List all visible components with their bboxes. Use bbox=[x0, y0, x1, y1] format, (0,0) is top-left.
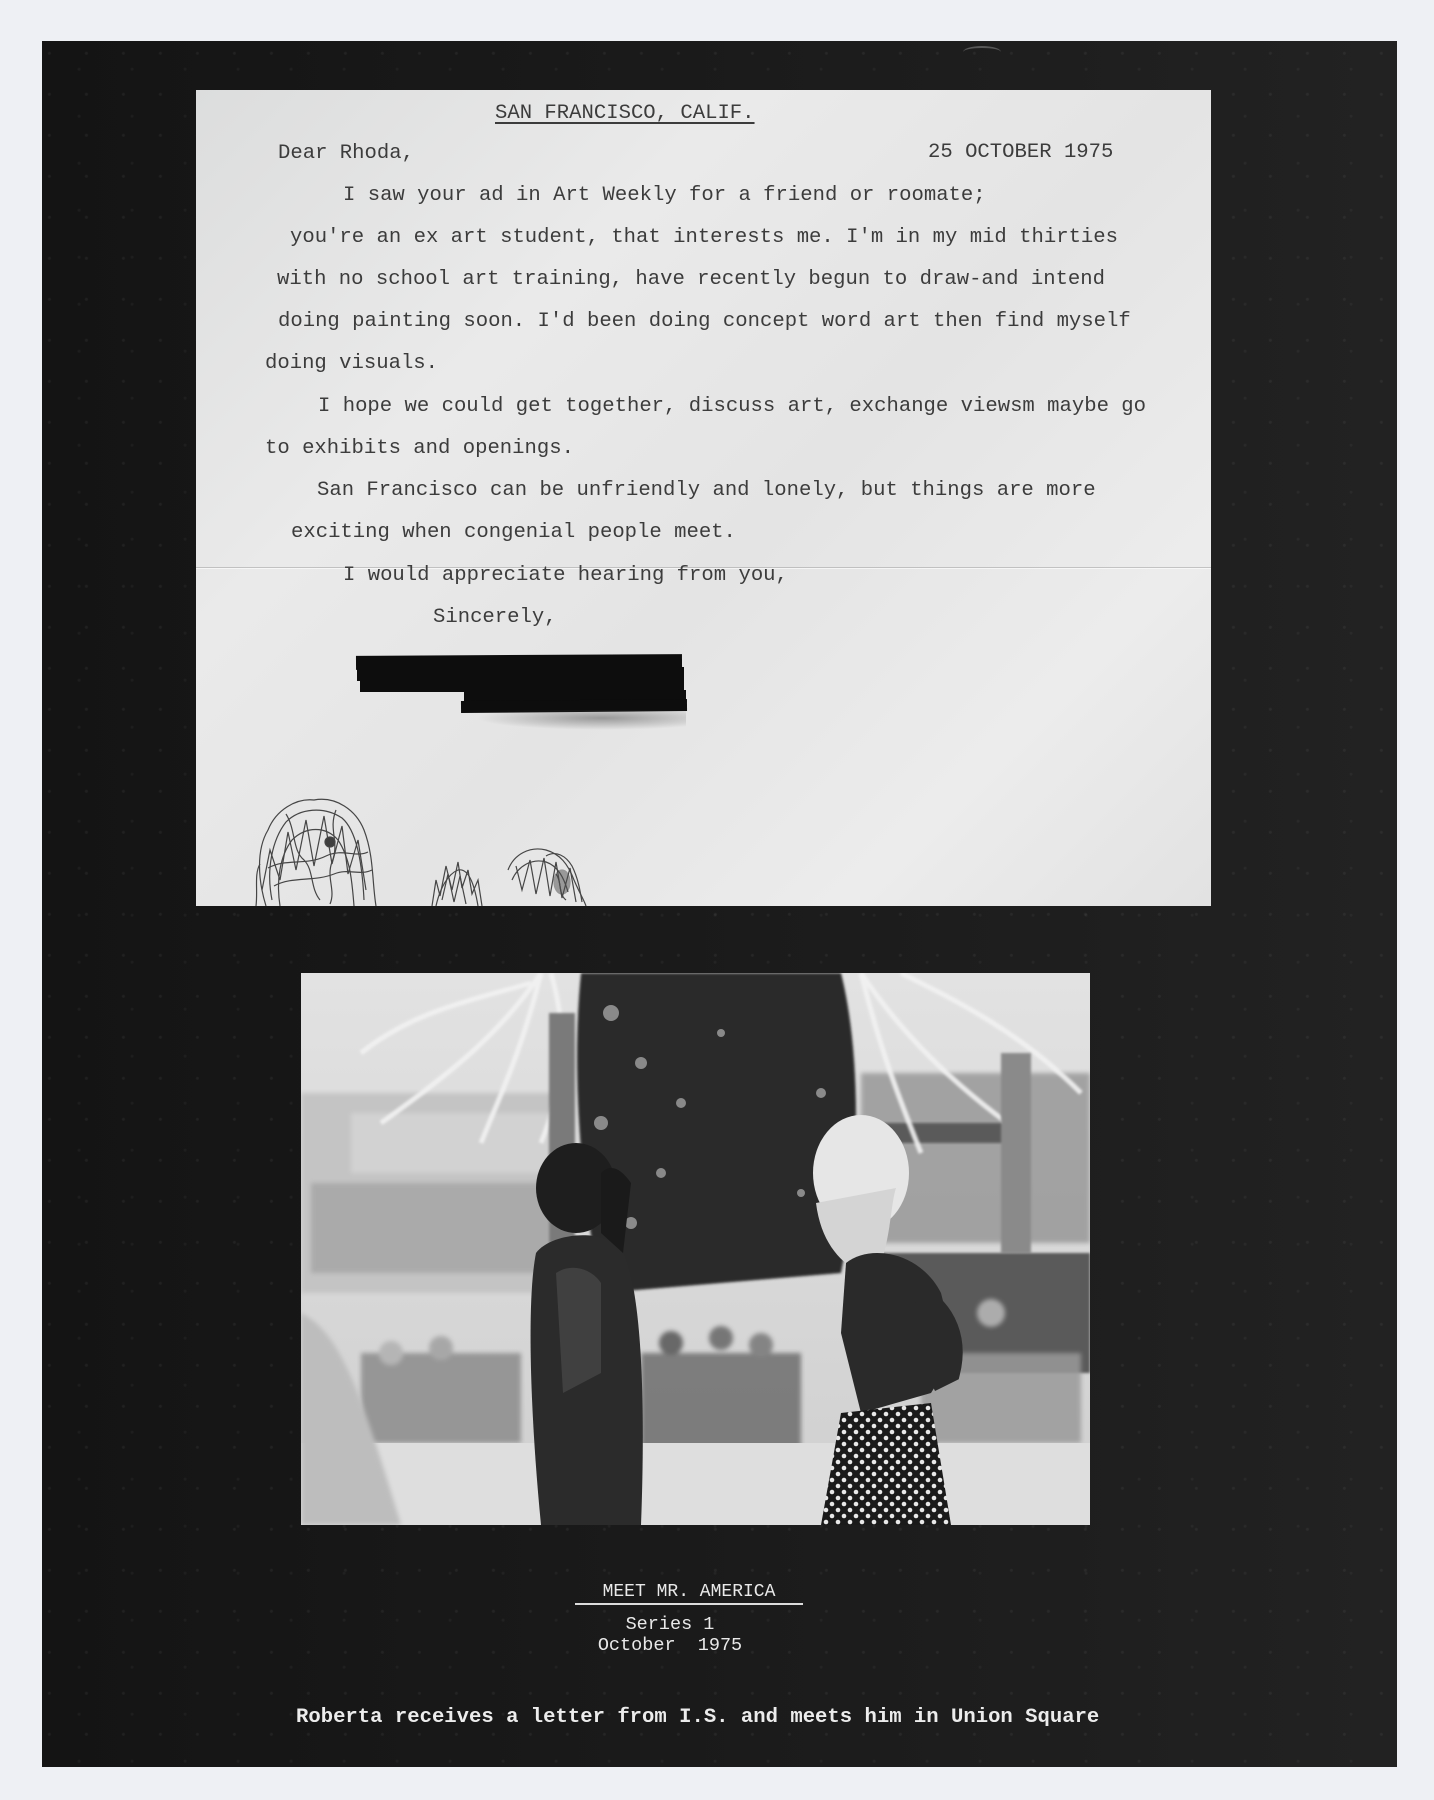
photo-scene bbox=[301, 973, 1090, 1525]
letter-line: doing visuals. bbox=[265, 352, 438, 376]
letter-salutation: Dear Rhoda, bbox=[278, 142, 414, 166]
artwork-caption: Roberta receives a letter from I.S. and … bbox=[296, 1706, 1099, 1729]
ink-scribble-drawings bbox=[196, 770, 656, 906]
letter-place-heading: SAN FRANCISCO, CALIF. bbox=[495, 102, 755, 126]
typewritten-letter: SAN FRANCISCO, CALIF. Dear Rhoda, 25 OCT… bbox=[196, 90, 1211, 906]
letter-date: 25 OCTOBER 1975 bbox=[928, 141, 1113, 165]
letter-line: I saw your ad in Art Weekly for a friend… bbox=[343, 184, 986, 208]
series-date: October 1975 bbox=[560, 1636, 780, 1656]
letter-line: I would appreciate hearing from you, bbox=[343, 564, 788, 588]
letter-line: I hope we could get together, discuss ar… bbox=[318, 395, 1146, 419]
letter-line: with no school art training, have recent… bbox=[277, 268, 1105, 292]
letter-line: you're an ex art student, that interests… bbox=[290, 226, 1118, 250]
letter-closing: Sincerely, bbox=[433, 606, 557, 630]
letter-line: exciting when congenial people meet. bbox=[291, 521, 736, 545]
street-photograph bbox=[301, 973, 1090, 1525]
surface-scratch bbox=[963, 46, 1001, 58]
series-number: Series 1 bbox=[560, 1615, 780, 1635]
marker-smudge bbox=[476, 710, 686, 730]
letter-line: doing painting soon. I'd been doing conc… bbox=[278, 310, 1131, 334]
series-title: MEET MR. AMERICA bbox=[575, 1581, 803, 1605]
letter-line: San Francisco can be unfriendly and lone… bbox=[317, 479, 1096, 503]
letter-line: to exhibits and openings. bbox=[265, 437, 574, 461]
